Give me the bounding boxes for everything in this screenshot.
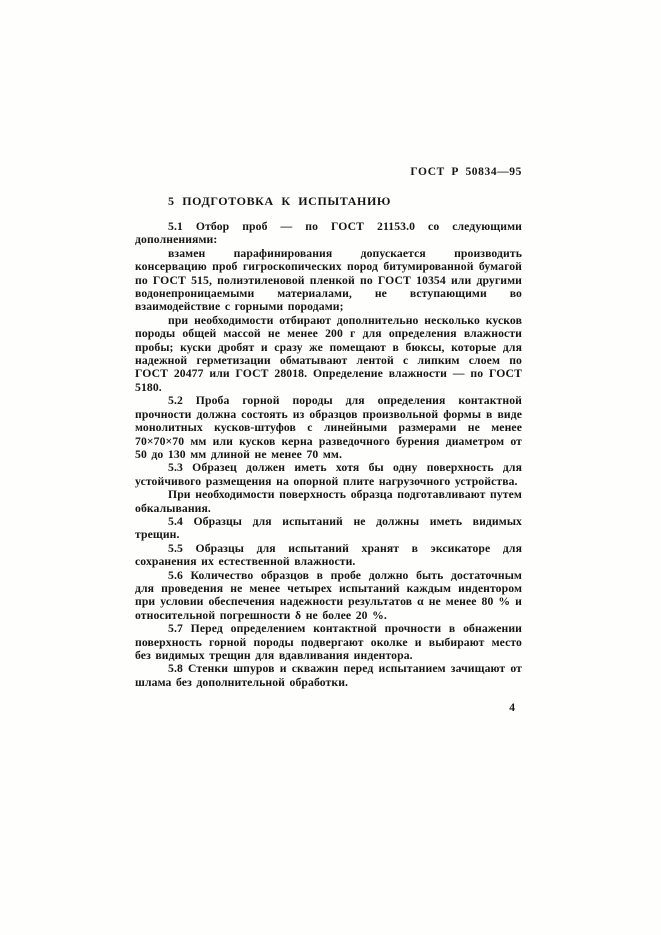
page-number: 4 <box>135 702 515 714</box>
document-page: ГОСТ Р 50834—95 5 ПОДГОТОВКА К ИСПЫТАНИЮ… <box>0 0 661 935</box>
standard-number: ГОСТ Р 50834—95 <box>410 166 522 178</box>
document-body: 5.1 Отбор проб — по ГОСТ 21153.0 со след… <box>135 220 522 689</box>
paragraph-5-3-note: При необходимости поверхность образца по… <box>135 488 522 515</box>
paragraph-5-8: 5.8 Стенки шпуров и скважин перед испыта… <box>135 662 522 689</box>
paragraph-5-3: 5.3 Образец должен иметь хотя бы одну по… <box>135 461 522 488</box>
paragraph-5-6: 5.6 Количество образцов в пробе должно б… <box>135 569 522 623</box>
paragraph-5-1: 5.1 Отбор проб — по ГОСТ 21153.0 со след… <box>135 220 522 247</box>
paragraph-5-4: 5.4 Образцы для испытаний не должны имет… <box>135 515 522 542</box>
paragraph-5-1-supplement-1: взамен парафинирования допускается произ… <box>135 247 522 314</box>
page-header: ГОСТ Р 50834—95 <box>135 166 522 178</box>
paragraph-5-7: 5.7 Перед определением контактной прочно… <box>135 622 522 662</box>
text-block: ГОСТ Р 50834—95 5 ПОДГОТОВКА К ИСПЫТАНИЮ… <box>135 166 522 689</box>
paragraph-5-2: 5.2 Проба горной породы для определения … <box>135 394 522 461</box>
paragraph-5-5: 5.5 Образцы для испытаний хранят в эксик… <box>135 542 522 569</box>
paragraph-5-1-supplement-2: при необходимости отбирают дополнительно… <box>135 314 522 394</box>
section-heading: 5 ПОДГОТОВКА К ИСПЫТАНИЮ <box>168 194 522 209</box>
